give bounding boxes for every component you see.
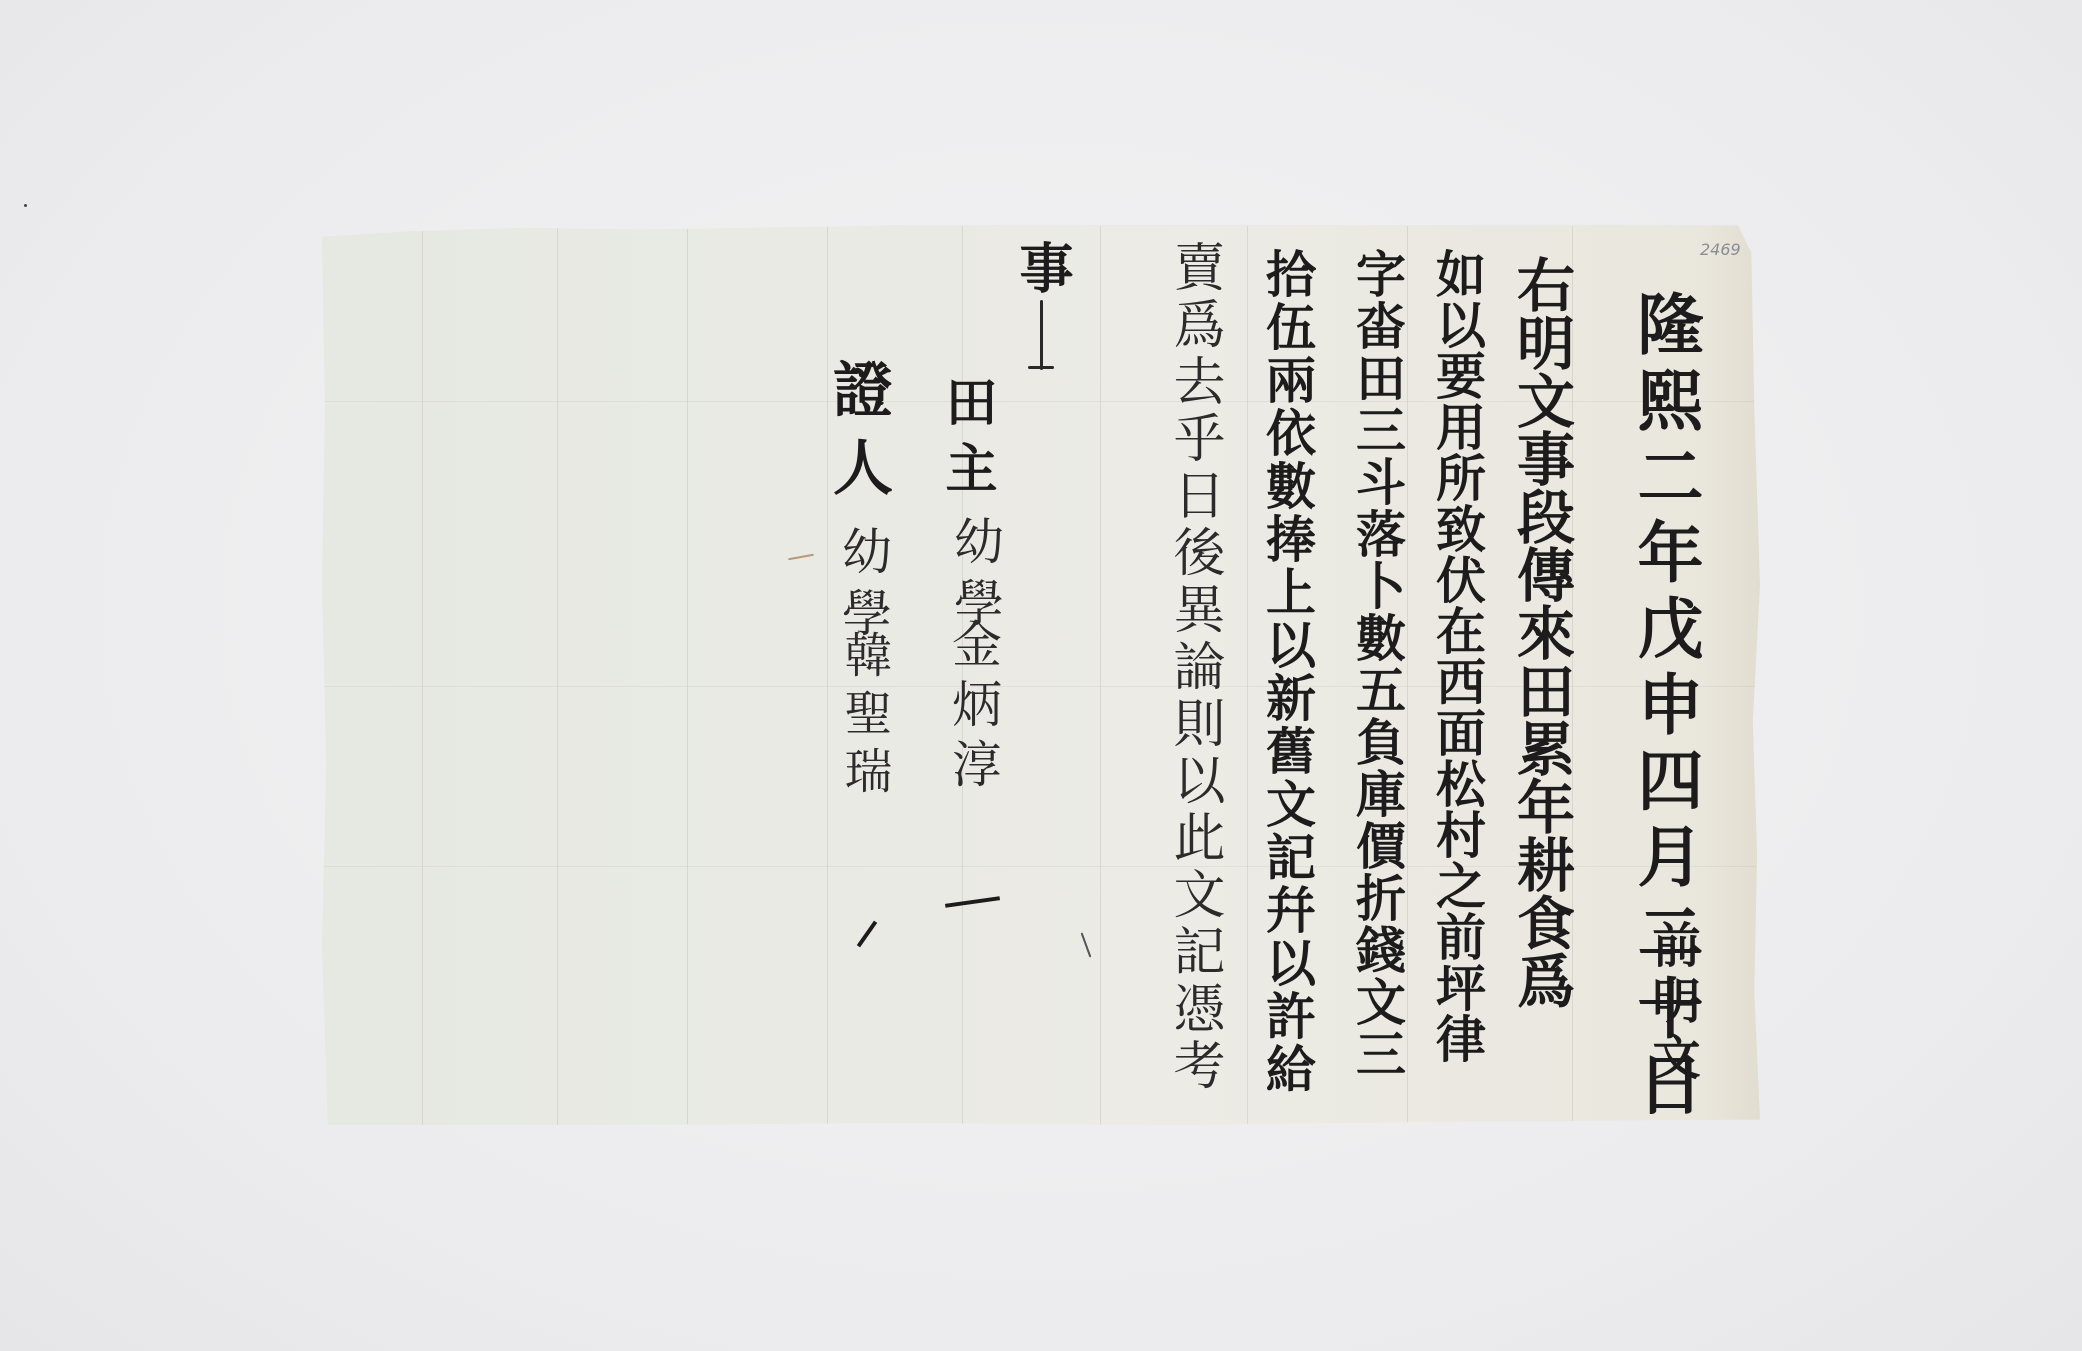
signatory-role-witness: 證人	[828, 358, 888, 514]
signatory-role-field-owner: 田主	[940, 375, 992, 507]
body-column-5: 賣爲去乎日後異論則以此文記憑考	[1168, 240, 1220, 1095]
recipient-line: 前明文	[1648, 920, 1696, 1088]
fold-line	[1100, 226, 1101, 1125]
dust-speck	[24, 204, 27, 207]
closing-stroke	[1040, 300, 1043, 370]
signature-mark-witness	[852, 900, 882, 946]
body-column-4: 拾伍兩依數捧上以新舊文記幷以許給	[1262, 248, 1312, 1096]
closing-stroke	[1028, 366, 1054, 369]
archive-number: 2469	[1700, 240, 1741, 259]
signatory-name-witness: 韓聖瑞	[840, 630, 888, 804]
closing-character: 事	[1016, 240, 1070, 298]
fold-line	[1247, 226, 1248, 1125]
fold-line	[1407, 226, 1408, 1125]
body-column-3: 字畓田三斗落卜數五負庫價折錢文三	[1352, 248, 1402, 1080]
signature-mark	[857, 921, 877, 948]
signature-mark-field-owner	[945, 868, 1000, 914]
body-column-1: 右明文事段傳來田累年耕食爲	[1512, 255, 1570, 1009]
body-column-2: 如以要用所致伏在西面松村之前坪律	[1432, 248, 1482, 1064]
fold-line	[557, 226, 558, 1125]
signature-mark	[945, 896, 1000, 908]
signatory-name-field-owner: 金炳淳	[948, 618, 998, 798]
fold-line	[422, 226, 423, 1125]
fold-line	[687, 226, 688, 1125]
